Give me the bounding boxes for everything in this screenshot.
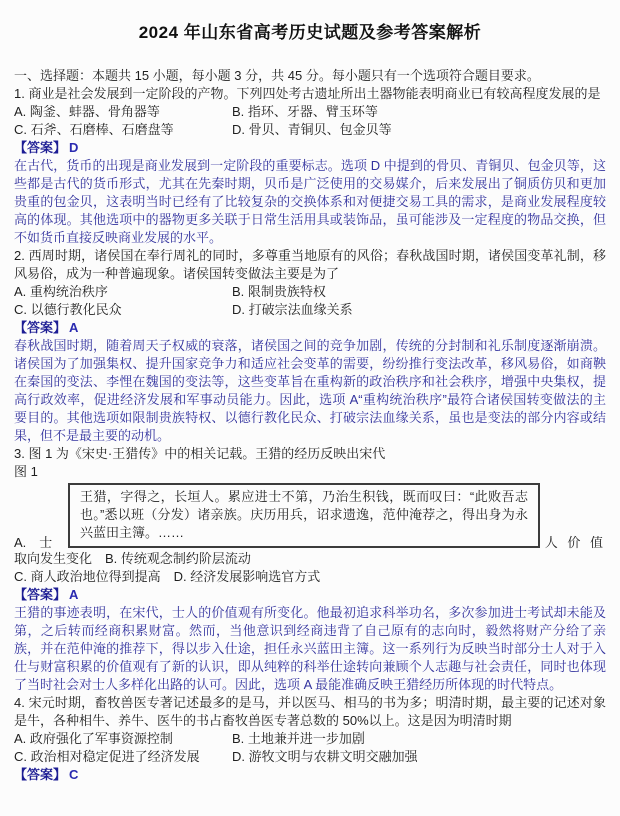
q4-option-a: A. 政府强化了军事资源控制 bbox=[14, 730, 232, 748]
q3-options-row-2: 取向发生变化 B. 传统观念制约阶层流动 bbox=[14, 550, 606, 568]
q3-option-a-right: 人 价 值 bbox=[545, 532, 606, 551]
q4-stem: 4. 宋元时期，畜牧兽医专著记述最多的是马，并以医马、相马的书为多；明清时期，最… bbox=[14, 694, 606, 730]
q3-explanation: 王猎的事迹表明，在宋代，士人的价值观有所变化。他最初追求科举功名，多次参加进士考… bbox=[14, 604, 606, 694]
q2-answer-label: 【答案】 bbox=[14, 320, 66, 335]
page-title: 2024 年山东省高考历史试题及参考答案解析 bbox=[14, 18, 606, 43]
q2-option-d: D. 打破宗法血缘关系 bbox=[232, 301, 606, 319]
q3-stem: 3. 图 1 为《宋史·王猎传》中的相关记载。王猎的经历反映出宋代 bbox=[14, 445, 606, 463]
q2-option-b: B. 限制贵族特权 bbox=[232, 283, 606, 301]
q4-option-b: B. 土地兼并进一步加剧 bbox=[232, 730, 606, 748]
document-page: 2024 年山东省高考历史试题及参考答案解析 一、选择题：本题共 15 小题，每… bbox=[0, 0, 620, 816]
q4-option-d: D. 游牧文明与农耕文明交融加强 bbox=[232, 748, 606, 766]
q1-explanation: 在古代，货币的出现是商业发展到一定阶段的重要标志。选项 D 中提到的骨贝、青铜贝… bbox=[14, 157, 606, 247]
q3-answer-line: 【答案】A bbox=[14, 586, 606, 604]
q1-options-row-2: C. 石斧、石磨棒、石磨盘等 D. 骨贝、青铜贝、包金贝等 bbox=[14, 121, 606, 139]
q1-option-b: B. 指环、牙器、臂玉环等 bbox=[232, 103, 606, 121]
q2-answer-value: A bbox=[69, 320, 78, 335]
q2-options-row-2: C. 以德行教化民众 D. 打破宗法血缘关系 bbox=[14, 301, 606, 319]
q1-answer-line: 【答案】D bbox=[14, 139, 606, 157]
figure-1-box: 王猎，字得之，长垣人。累应进士不第，乃治生积钱，既而叹曰：“此败吾志也。”悉以班… bbox=[68, 483, 540, 548]
q4-answer-label: 【答案】 bbox=[14, 767, 66, 782]
q2-explanation: 春秋战国时期，随着周天子权威的衰落，诸侯国之间的竞争加剧，传统的分封制和礼乐制度… bbox=[14, 337, 606, 445]
q2-stem: 2. 西周时期，诸侯国在奉行周礼的同时，多尊重当地原有的风俗；春秋战国时期，诸侯… bbox=[14, 247, 606, 283]
q3-option-a-left: A. 士 bbox=[14, 532, 68, 551]
q1-stem: 1. 商业是社会发展到一定阶段的产物。下列四处考古遗址所出土器物能表明商业已有较… bbox=[14, 85, 606, 103]
q1-answer-value: D bbox=[69, 140, 78, 155]
q4-answer-value: C bbox=[69, 767, 78, 782]
q1-option-a: A. 陶釜、蚌器、骨角器等 bbox=[14, 103, 232, 121]
q2-options-row-1: A. 重构统治秩序 B. 限制贵族特权 bbox=[14, 283, 606, 301]
q1-options-row-1: A. 陶釜、蚌器、骨角器等 B. 指环、牙器、臂玉环等 bbox=[14, 103, 606, 121]
q2-option-a: A. 重构统治秩序 bbox=[14, 283, 232, 301]
q4-options-row-1: A. 政府强化了军事资源控制 B. 土地兼并进一步加剧 bbox=[14, 730, 606, 748]
q3-options-row-3: C. 商人政治地位得到提高 D. 经济发展影响选官方式 bbox=[14, 568, 606, 586]
q3-figure-row: A. 士 王猎，字得之，长垣人。累应进士不第，乃治生积钱，既而叹曰：“此败吾志也… bbox=[14, 483, 606, 548]
q1-option-c: C. 石斧、石磨棒、石磨盘等 bbox=[14, 121, 232, 139]
q1-option-d: D. 骨贝、青铜贝、包金贝等 bbox=[232, 121, 606, 139]
q4-option-c: C. 政治相对稳定促进了经济发展 bbox=[14, 748, 232, 766]
q3-answer-label: 【答案】 bbox=[14, 587, 66, 602]
q4-answer-line: 【答案】C bbox=[14, 766, 606, 784]
q4-options-row-2: C. 政治相对稳定促进了经济发展 D. 游牧文明与农耕文明交融加强 bbox=[14, 748, 606, 766]
q1-answer-label: 【答案】 bbox=[14, 140, 66, 155]
q3-answer-value: A bbox=[69, 587, 78, 602]
q2-option-c: C. 以德行教化民众 bbox=[14, 301, 232, 319]
section-header: 一、选择题：本题共 15 小题，每小题 3 分，共 45 分。每小题只有一个选项… bbox=[14, 67, 606, 85]
q2-answer-line: 【答案】A bbox=[14, 319, 606, 337]
figure-1-label: 图 1 bbox=[14, 463, 606, 481]
